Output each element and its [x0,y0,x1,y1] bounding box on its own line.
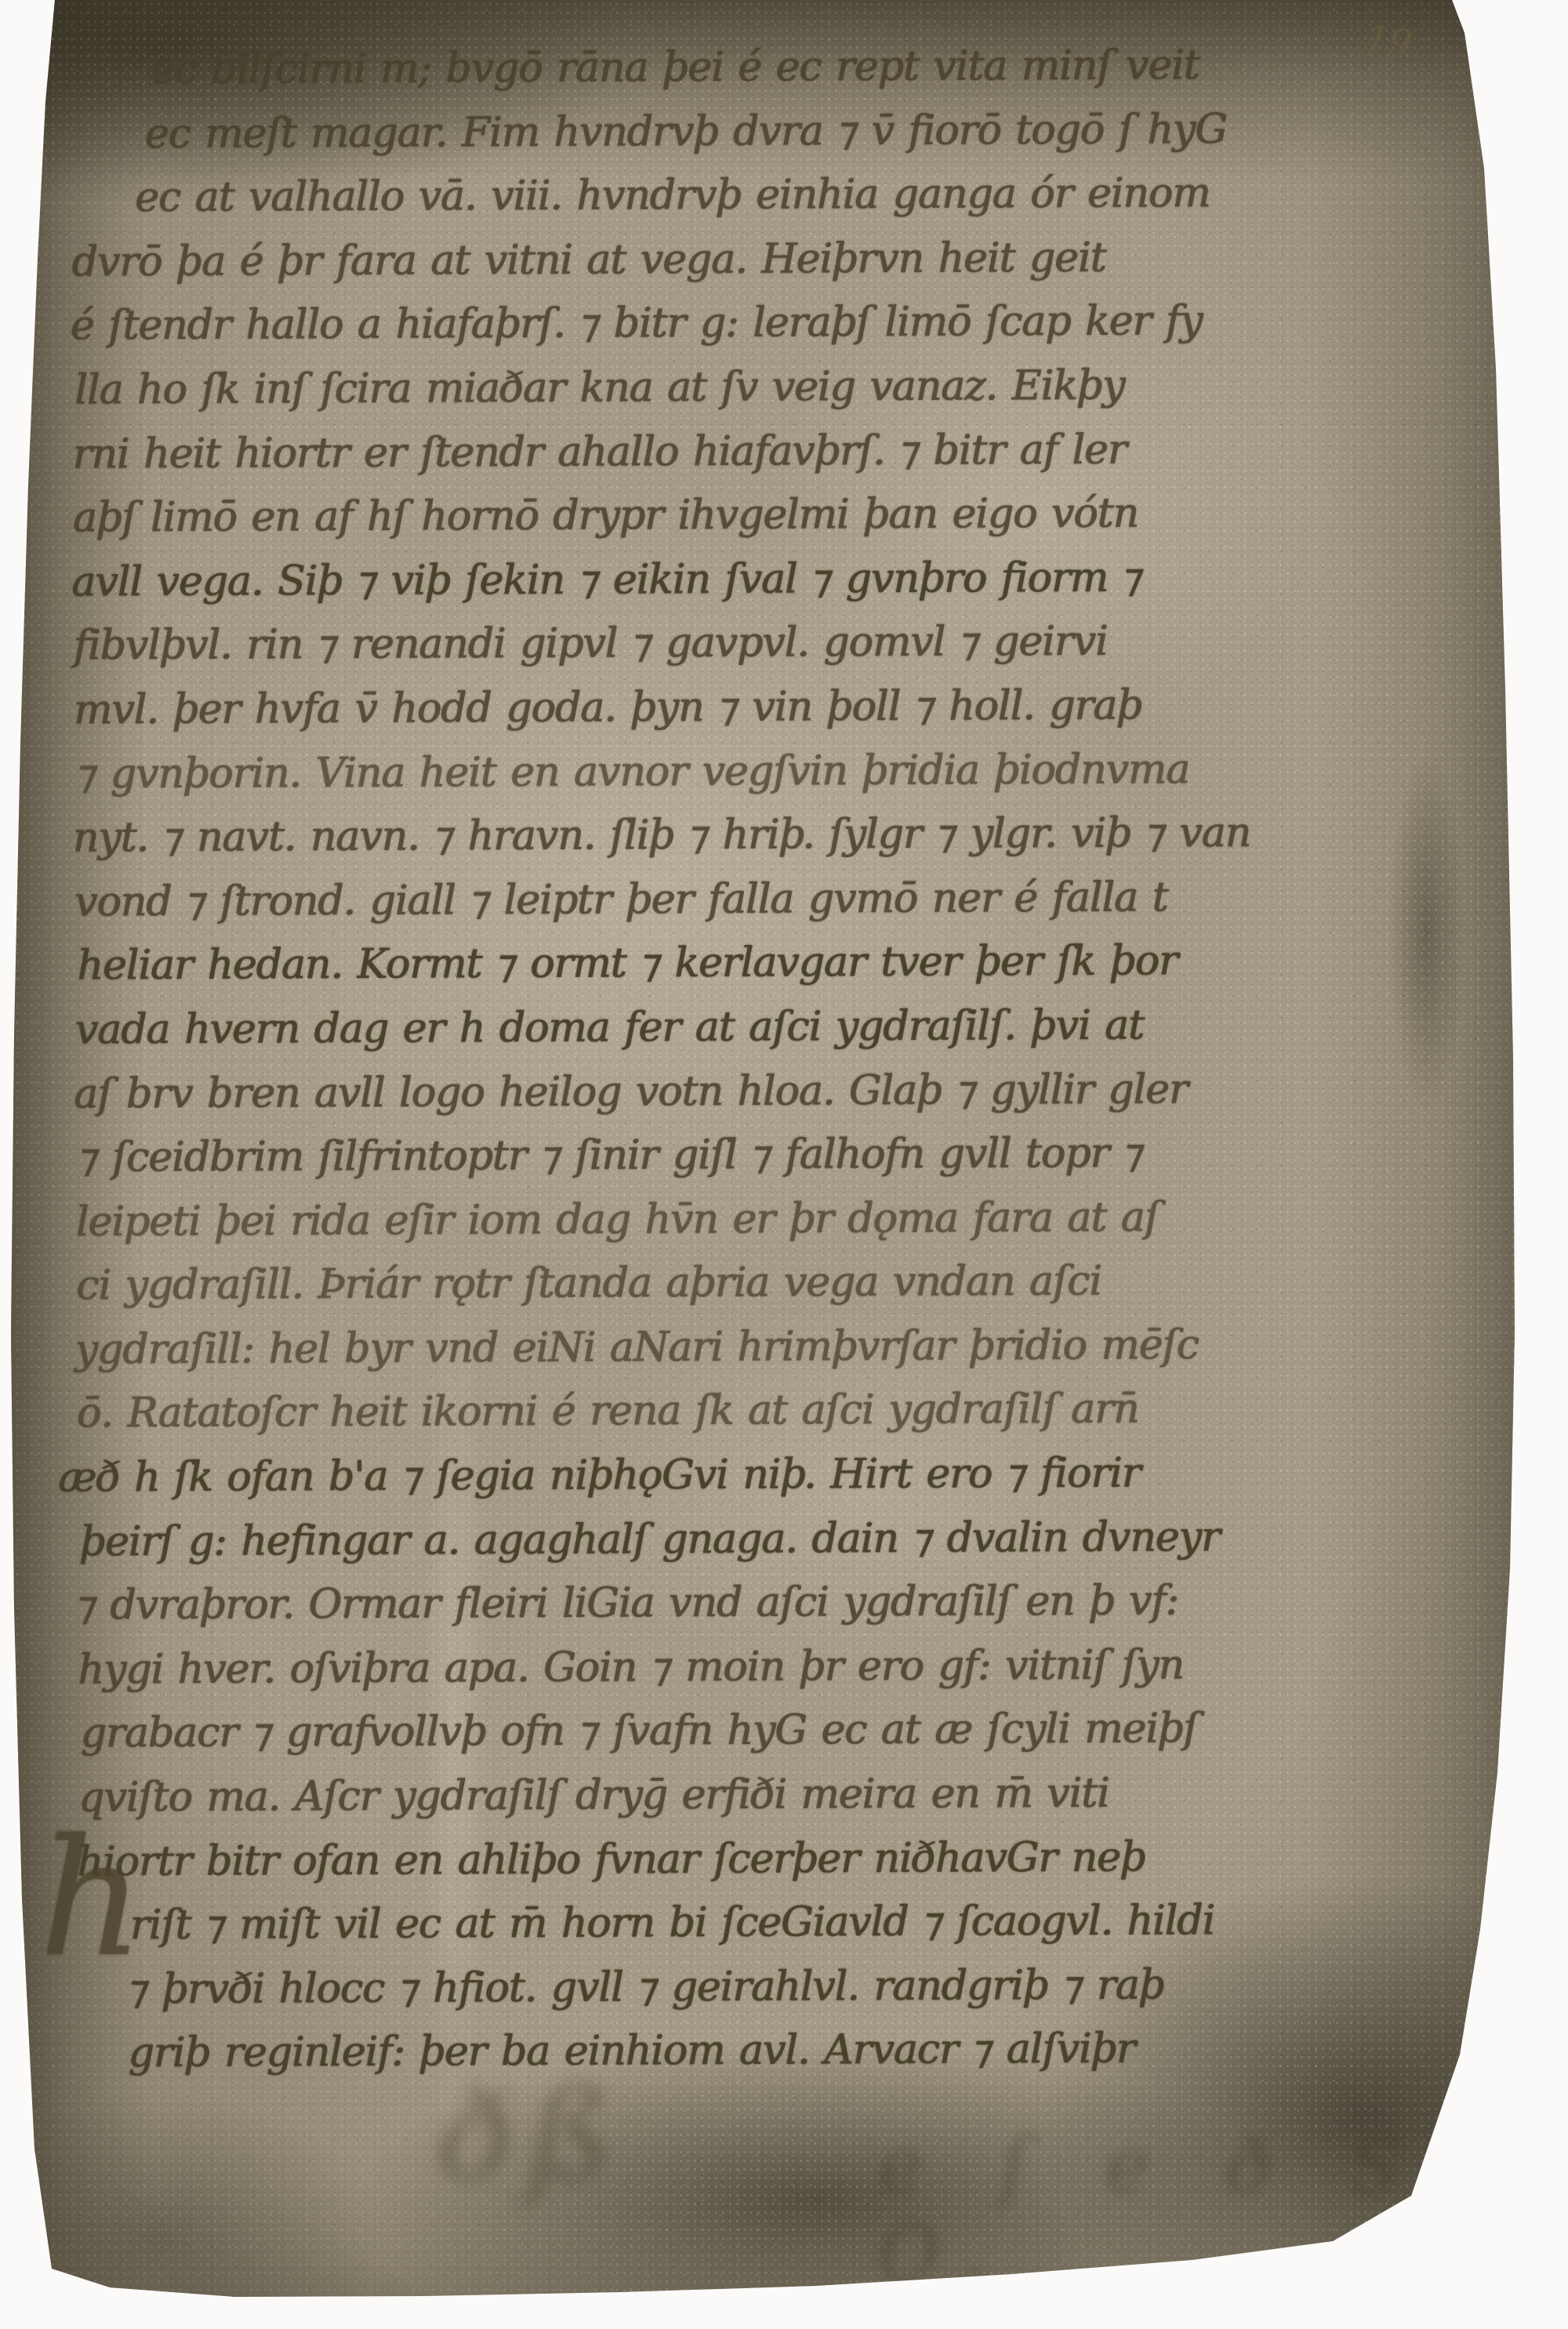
marginal-initial-h: h [39,1818,143,1979]
manuscript-line: grabacr ⁊ grafvollvþ ofn ⁊ ſvafn hyG ec … [81,1697,1429,1767]
manuscript-text-block: ec bilſcirni m; bvgō rāna þei é ec rept … [71,33,1428,2086]
manuscript-line: ⁊ gvnþorin. Vina heit en avnor vegſvin þ… [76,737,1425,807]
manuscript-line: griþ reginleif: þer ba einhiom avl. Arva… [79,2017,1428,2087]
manuscript-line: ec meſt magar. Fim hvndrvþ dvra ⁊ v̄ fio… [71,97,1420,167]
manuscript-line: ec at valhallo vā. viii. hvndrvþ einhia … [74,161,1422,231]
manuscript-line: é ſtendr hallo a hiafaþrſ. ⁊ bitr g: ler… [71,289,1419,359]
manuscript-line: fibvlþvl. rin ⁊ renandi gipvl ⁊ gavpvl. … [74,609,1422,679]
manuscript-line: dvrō þa é þr fara at vitni at vega. Heiþ… [71,225,1420,295]
ink-bleedthrough-left: ðß [439,2062,626,2209]
manuscript-line: ō. Ratatoſcr heit ikorni é rena ſk at aſ… [77,1377,1425,1447]
manuscript-line: lla ho ſk inſ ſcira miaðar kna at ſv vei… [74,353,1423,423]
manuscript-line: þeirſ g: hefingar a. agaghalſ gnaga. dai… [80,1505,1428,1575]
photo-backdrop: 19. ec bilſcirni m; bvgō rāna þei é ec r… [0,0,1568,2329]
manuscript-line: æð h ſk ofan b'a ⁊ ſegia niþhǫGvi niþ. H… [58,1441,1425,1510]
manuscript-line: hiortr bitr ofan en ahliþo fvnar ſcerþer… [77,1825,1425,1895]
manuscript-line: vond ⁊ ſtrond. giall ⁊ leiptr þer falla … [74,865,1423,935]
manuscript-line: nyt. ⁊ navt. navn. ⁊ hravn. ſliþ ⁊ hriþ.… [73,801,1421,870]
manuscript-line: riſt ⁊ miſt vil ec at m̄ horn bi ſceGiav… [82,1888,1430,1958]
manuscript-line: rni heit hiortr er ſtendr ahallo hiafavþ… [72,417,1421,487]
manuscript-line: aþſ limō en af hſ hornō drypr ihvgelmi þ… [73,481,1421,550]
manuscript-line: mvl. þer hvfa v̄ hodd goda. þyn ⁊ vin þo… [74,673,1422,743]
manuscript-line: vada hvern dag er h doma fer at aſci ygd… [75,993,1424,1063]
manuscript-line: heliar hedan. Kormt ⁊ ormt ⁊ kerlavgar t… [77,929,1425,999]
manuscript-line: ygdraſill: hel byr vnd eiNi aNari hrimþv… [74,1313,1423,1383]
manuscript-line: ci ygdraſill. Þriár rǫtr ſtanda aþria ve… [76,1249,1425,1319]
parchment-page: 19. ec bilſcirni m; bvgō rāna þei é ec r… [0,0,1568,2329]
manuscript-line: ⁊ dvraþror. Ormar fleiri liGia vnd aſci … [76,1569,1425,1639]
manuscript-line: qviſto ma. Aſcr ygdraſilſ dryḡ erfiði me… [78,1760,1427,1830]
manuscript-line: avll vega. Siþ ⁊ viþ ſekin ⁊ eikin ſval … [71,545,1420,615]
manuscript-line: hygi hver. oſviþra apa. Goin ⁊ moin þr e… [78,1633,1426,1702]
manuscript-line: ⁊ þrvði hlocc ⁊ hfiot. gvll ⁊ geirahlvl.… [79,1953,1428,2022]
ink-bleedthrough-right: e ſ e ð S O. [878,2122,1568,2298]
manuscript-line: leipeti þei rida eſir iom dag hv̄n er þr… [76,1185,1425,1255]
manuscript-line: aſ brv bren avll logo heilog votn hloa. … [74,1057,1422,1127]
manuscript-line: ec bilſcirni m; bvgō rāna þei é ec rept … [69,33,1417,103]
manuscript-line: ⁊ ſceidbrim ſilfrintoptr ⁊ ſinir giſl ⁊ … [78,1121,1426,1190]
